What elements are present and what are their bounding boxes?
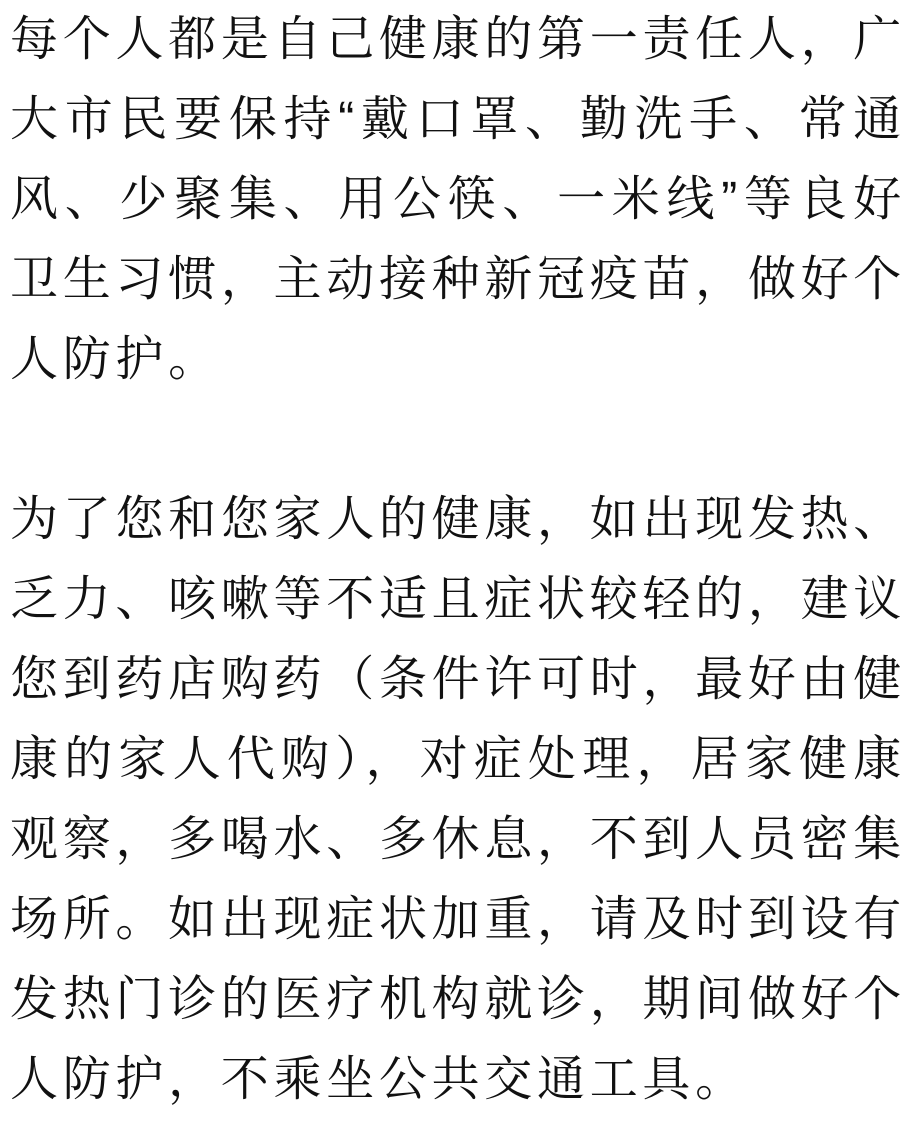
text-line: 为了您和您家人的健康，如出现发热、 — [10, 480, 906, 560]
text-line: 乏力、咳嗽等不适且症状较轻的，建议 — [10, 560, 906, 640]
text-line: 卫生习惯，主动接种新冠疫苗，做好个 — [10, 240, 906, 320]
paragraph-symptom-advice: 为了您和您家人的健康，如出现发热、 乏力、咳嗽等不适且症状较轻的，建议 您到药店… — [10, 480, 906, 1120]
text-line: 每个人都是自己健康的第一责任人，广 — [10, 0, 906, 80]
text-line: 观察，多喝水、多休息，不到人员密集 — [10, 800, 906, 880]
document-page: 每个人都是自己健康的第一责任人，广 大市民要保持“戴口罩、勤洗手、常通 风、少聚… — [0, 0, 916, 1120]
text-line: 您到药店购药（条件许可时，最好由健 — [10, 640, 906, 720]
text-line: 发热门诊的医疗机构就诊，期间做好个 — [10, 960, 906, 1040]
text-line: 场所。如出现症状加重，请及时到设有 — [10, 880, 906, 960]
paragraph-health-responsibility: 每个人都是自己健康的第一责任人，广 大市民要保持“戴口罩、勤洗手、常通 风、少聚… — [10, 0, 906, 400]
text-line: 人防护。 — [10, 320, 906, 400]
text-line: 康的家人代购），对症处理，居家健康 — [10, 720, 906, 800]
text-line: 风、少聚集、用公筷、一米线”等良好 — [10, 160, 906, 240]
text-line: 人防护，不乘坐公共交通工具。 — [10, 1040, 906, 1120]
text-line: 大市民要保持“戴口罩、勤洗手、常通 — [10, 80, 906, 160]
